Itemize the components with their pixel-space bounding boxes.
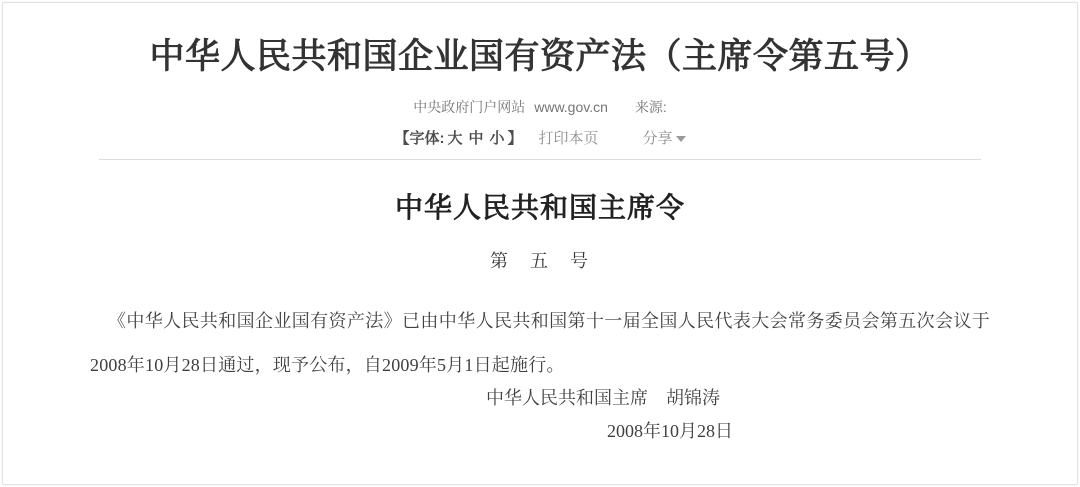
caret-down-icon [676, 136, 686, 142]
font-label-close: 】 [508, 130, 523, 147]
font-label-open: 【字体: [394, 130, 444, 147]
source-label: 来源: [635, 99, 667, 115]
font-size-control: 【字体:大中小】 [394, 130, 522, 147]
article-header: 中华人民共和国企业国有资产法（主席令第五号） 中央政府门户网站www.gov.c… [3, 36, 1077, 160]
site-name: 中央政府门户网站 [413, 99, 525, 115]
share-label: 分享 [643, 130, 673, 147]
decree-number-line: 第 五 号 [90, 250, 990, 272]
decree-heading: 中华人民共和国主席令 [90, 193, 990, 225]
font-size-small-button[interactable]: 小 [489, 130, 504, 147]
date-line: 2008年10月28日 [90, 414, 990, 448]
print-button[interactable]: 打印本页 [539, 130, 599, 147]
page-title: 中华人民共和国企业国有资产法（主席令第五号） [53, 36, 1027, 78]
font-size-large-button[interactable]: 大 [447, 130, 462, 147]
decree-paragraph: 《中华人民共和国企业国有资产法》已由中华人民共和国第十一届全国人民代表大会常务委… [90, 299, 990, 387]
article-page: 中华人民共和国企业国有资产法（主席令第五号） 中央政府门户网站www.gov.c… [2, 2, 1078, 485]
toolbar: 【字体:大中小】打印本页分享 [3, 129, 1077, 149]
share-button[interactable]: 分享 [643, 130, 686, 147]
header-divider [99, 159, 981, 160]
site-url-link[interactable]: www.gov.cn [534, 99, 608, 115]
font-size-medium-button[interactable]: 中 [468, 130, 483, 147]
meta-line: 中央政府门户网站www.gov.cn来源: [3, 97, 1077, 117]
document-body: 中华人民共和国主席令 第 五 号 《中华人民共和国企业国有资产法》已由中华人民共… [90, 193, 990, 448]
